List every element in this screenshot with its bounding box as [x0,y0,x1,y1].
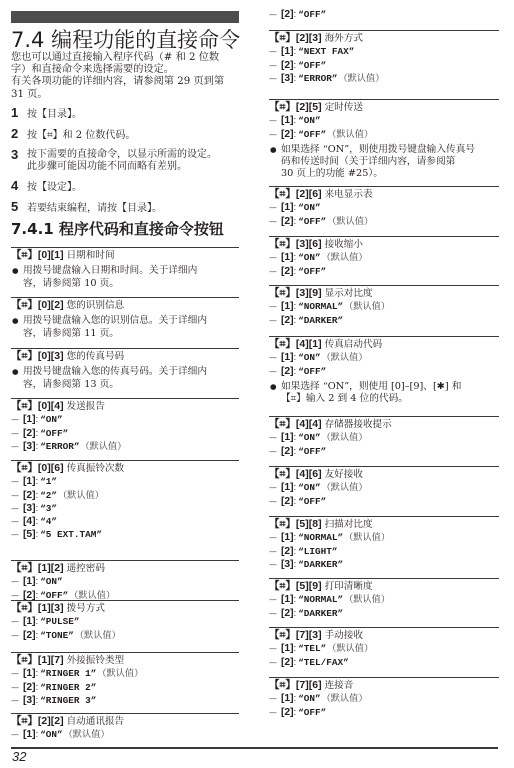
option-value: “OFF” [40,428,68,440]
default-label: （默认值） [339,73,385,85]
dash-marker: — [269,482,281,494]
option-row: —[1]:“ON” [269,201,499,214]
default-label: （默认值） [327,643,373,655]
option-row: —[1]:“ON” [11,575,239,588]
option-row: —[1]:“NORMAL”（默认值） [269,300,499,313]
option-row: —[2]:“OFF”（默认值） [269,128,499,141]
intro-line: 字）和直接命令来选择需要的设定。 [11,64,241,76]
default-label: （默认值） [81,441,127,453]
note-line: 如果选择 “ON”，则使用拨号键盘输入传真号 [281,144,499,156]
option-value: “ON” [298,432,321,444]
command-title: 【⌗】[5][9]打印清晰度 [269,580,499,593]
option-value: “NORMAL” [298,301,343,313]
command-title: 【⌗】[3][9]显示对比度 [269,287,499,300]
step-number: 3 [11,149,27,161]
option-colon: : [294,607,297,619]
option-row: —[3]:“DARKER” [269,558,499,571]
option-row: —[4]:“4” [11,515,239,528]
note-line: 30 页上的功能 #25）。 [281,168,499,180]
option-value: “TONE” [40,630,74,642]
option-colon: : [36,615,39,627]
command-name: 您的识别信息 [67,300,125,311]
option-row: —[2]:“OFF” [11,427,239,440]
dash-marker: — [269,532,281,544]
option-row: —[2]:“OFF” [269,495,499,508]
step-subnote: 此步骤可能因功能不同而略有差别。 [27,161,217,173]
dash-marker: — [269,73,281,85]
option-colon: : [294,8,297,20]
option-key: [2] [281,129,294,141]
option-value: “DARKER” [298,559,343,571]
command-code: 【⌗】[1][7] [11,654,64,666]
default-label: （默认值） [75,630,121,642]
option-row: —[2]:“LIGHT” [269,545,499,558]
option-row: —[2]:“OFF” [269,445,499,458]
command-title: 【⌗】[0][2]您的识别信息 [11,299,239,312]
intro-paragraph: 您也可以通过直接输入程序代码（# 和 2 位数 字）和直接命令来选择需要的设定。… [11,52,241,101]
option-key: [2] [281,216,294,228]
command-note: 用拨号键盘输入您的传真号码。关于详细内容，请参阅第 13 页。 [11,366,239,390]
command-code: 【⌗】[0][2] [11,299,64,311]
step-text: 按下需要的直接命令，以显示所需的设定。 [27,149,217,161]
option-value: “ON” [298,252,321,264]
option-row: —[2]:“OFF” [269,365,499,378]
option-colon: : [36,728,39,740]
dash-marker: — [11,529,23,541]
option-value: “ON” [40,576,63,588]
command-title: 【⌗】[7][6]连接音 [269,679,499,692]
option-colon: : [36,489,39,501]
option-value: “OFF” [298,496,326,508]
option-key: [2] [281,366,294,378]
command-name: 连接音 [325,680,354,691]
dash-marker: — [269,559,281,571]
dash-marker: — [269,594,281,606]
option-colon: : [36,475,39,487]
option-key: [2] [281,546,294,558]
option-colon: : [294,558,297,570]
command-section: 【⌗】[7][6]连接音—[1]:“ON”（默认值）—[2]:“OFF” [269,677,499,719]
option-value: “OFF” [298,60,326,72]
option-colon: : [294,445,297,457]
dash-marker: — [269,366,281,378]
option-row: —[2]:“OFF” [269,265,499,278]
command-title: 【⌗】[2][3]海外方式 [269,32,499,45]
command-code: 【⌗】[7][6] [269,679,322,691]
command-code: 【⌗】[4][6] [269,468,322,480]
option-colon: : [36,427,39,439]
option-row: —[2]:“RINGER 2” [11,681,239,694]
option-value: “LIGHT” [298,546,337,558]
command-title: 【⌗】[2][2]自动通讯报告 [11,715,239,728]
dash-marker: — [11,414,23,426]
dash-marker: — [11,428,23,440]
note-line: 容，请参阅第 11 页。 [23,328,239,340]
option-key: [2] [281,9,294,21]
command-section: 【⌗】[7][3]手动接收—[1]:“TEL”（默认值）—[2]:“TEL/FA… [269,627,499,669]
option-colon: : [36,413,39,425]
command-title: 【⌗】[1][7]外接振铃类型 [11,654,239,667]
command-code: 【⌗】[5][9] [269,580,322,592]
option-row: —[2]:“DARKER” [269,607,499,620]
option-value: “OFF” [298,216,326,228]
option-value: “ON” [40,414,63,426]
option-value: “OFF” [298,266,326,278]
command-section: 【⌗】[2][6]来电显示表—[1]:“ON”—[2]:“OFF”（默认值） [269,186,499,228]
command-title: 【⌗】[0][1]日期和时间 [11,249,239,262]
intro-line: 有关各项功能的详细内容，请参阅第 29 页到第 [11,76,241,88]
option-value: “ON” [298,352,321,364]
command-note: 如果选择 “ON”，则使用拨号键盘输入传真号码和传送时间（关于详细内容，请参阅第… [269,144,499,181]
option-key: [2] [23,682,36,694]
dash-marker: — [269,546,281,558]
option-key: [3] [23,441,36,453]
option-row: —[1]:“ON”（默认值） [11,728,239,741]
option-key: [1] [281,432,294,444]
option-key: [1] [281,594,294,606]
command-section: 【⌗】[4][4]存储器接收提示—[1]:“ON”（默认值）—[2]:“OFF” [269,416,499,458]
option-colon: : [36,629,39,641]
command-section: 【⌗】[4][1]传真启动代码—[1]:“ON”（默认值）—[2]:“OFF”如… [269,336,499,405]
option-colon: : [294,265,297,277]
command-name: 打印清晰度 [325,581,373,592]
step-3: 3 按下需要的直接命令，以显示所需的设定。 此步骤可能因功能不同而略有差别。 [11,149,247,173]
option-key: [3] [281,559,294,571]
option-value: “5 EXT.TAM” [40,529,102,541]
option-row: —[1]:“ON” [269,114,499,127]
command-title: 【⌗】[4][6]友好接收 [269,468,499,481]
option-colon: : [36,528,39,540]
command-title: 【⌗】[5][8]扫描对比度 [269,518,499,531]
default-label: （默认值） [344,532,390,544]
option-value: “PULSE” [40,616,79,628]
option-row: —[2]:“OFF” [269,8,326,21]
dash-marker: — [269,643,281,655]
section-header-bar [11,11,239,23]
dash-marker: — [269,608,281,620]
option-value: “OFF” [298,9,326,21]
option-value: “RINGER 1” [40,668,96,680]
step-text: 按【⌗】和 2 位数代码。 [27,130,135,142]
command-name: 您的传真号码 [67,351,125,362]
option-row: —[2]:“OFF” [269,59,499,72]
step-text: 按【设定】。 [27,182,82,194]
option-value: “DARKER” [298,608,343,620]
option-colon: : [36,694,39,706]
command-title: 【⌗】[2][6]来电显示表 [269,188,499,201]
option-colon: : [294,545,297,557]
command-note: 如果选择 “ON”，则使用 [0]–[9]、[✱] 和【⌗】输入 2 到 4 位… [269,381,499,405]
option-colon: : [294,481,297,493]
option-colon: : [294,300,297,312]
command-section: 【⌗】[3][9]显示对比度—[1]:“NORMAL”（默认值）—[2]:“DA… [269,285,499,327]
option-colon: : [36,667,39,679]
option-colon: : [36,589,39,601]
dash-marker: — [11,729,23,741]
option-key: [2] [281,608,294,620]
note-line: 码和传送时间（关于详细内容，请参阅第 [281,156,499,168]
option-key: [1] [23,576,36,588]
command-section: 【⌗】[0][2]您的识别信息用拨号键盘输入您的识别信息。关于详细内容，请参阅第… [11,297,239,340]
option-key: [2] [281,60,294,72]
command-name: 手动接收 [325,630,363,641]
command-title: 【⌗】[0][4]发送报告 [11,400,239,413]
dash-marker: — [269,693,281,705]
option-row: —[2]:“2”（默认值） [11,489,239,502]
option-key: [2] [23,490,36,502]
option-colon: : [294,642,297,654]
option-row: —[3]:“ERROR”（默认值） [11,440,239,453]
option-value: “DARKER” [298,315,343,327]
option-key: [1] [281,693,294,705]
option-colon: : [294,45,297,57]
command-code: 【⌗】[2][6] [269,188,322,200]
default-label: （默认值） [322,482,368,494]
option-colon: : [294,201,297,213]
default-label: （默认值） [322,432,368,444]
command-section: 【⌗】[2][3]海外方式—[1]:“NEXT FAX”—[2]:“OFF”—[… [269,30,499,85]
default-label: （默认值） [322,352,368,364]
option-key: [2] [23,630,36,642]
option-row: —[3]:“RINGER 3” [11,694,239,707]
option-row: —[1]:“NEXT FAX” [269,45,499,58]
option-row: —[1]:“RINGER 1”（默认值） [11,667,239,680]
note-line: 容，请参阅第 10 页。 [23,278,239,290]
option-value: “TEL/FAX” [298,657,349,669]
option-colon: : [294,706,297,718]
option-colon: : [294,593,297,605]
option-key: [5] [23,529,36,541]
option-row: —[2]:“TEL/FAX” [269,656,499,669]
default-label: （默认值） [322,252,368,264]
command-code: 【⌗】[1][2] [11,562,64,574]
option-key: [2] [281,657,294,669]
dash-marker: — [11,682,23,694]
option-colon: : [294,351,297,363]
option-key: [4] [23,516,36,528]
dash-marker: — [269,202,281,214]
command-code: 【⌗】[3][9] [269,287,322,299]
dash-marker: — [269,46,281,58]
dash-marker: — [269,657,281,669]
option-colon: : [36,502,39,514]
option-row: —[1]:“ON”（默认值） [269,251,499,264]
option-key: [1] [281,352,294,364]
command-name: 遥控密码 [67,563,105,574]
option-value: “NEXT FAX” [298,46,354,58]
command-section: 【⌗】[1][3]拨号方式—[1]:“PULSE”—[2]:“TONE”（默认值… [11,600,239,642]
option-key: [2] [281,266,294,278]
option-row: —[2]:“OFF”（默认值） [269,215,499,228]
option-row: —[1]:“ON”（默认值） [269,692,499,705]
command-code: 【⌗】[0][1] [11,249,64,261]
option-row: —[1]:“NORMAL”（默认值） [269,531,499,544]
dash-marker: — [269,432,281,444]
command-title: 【⌗】[4][1]传真启动代码 [269,338,499,351]
step-text: 若要结束编程，请按【目录】。 [27,203,162,215]
command-name: 日期和时间 [67,250,115,261]
option-colon: : [36,681,39,693]
option-key: [1] [23,616,36,628]
command-code: 【⌗】[1][3] [11,602,64,614]
note-line: 用拨号键盘输入您的识别信息。关于详细内 [23,315,239,327]
dash-marker: — [269,216,281,228]
option-colon: : [294,495,297,507]
option-value: “OFF” [298,366,326,378]
command-title: 【⌗】[1][3]拨号方式 [11,602,239,615]
option-key: [1] [281,202,294,214]
command-section: 【⌗】[5][8]扫描对比度—[1]:“NORMAL”（默认值）—[2]:“LI… [269,516,499,571]
option-key: [3] [281,73,294,85]
option-row: —[5]:“5 EXT.TAM” [11,528,239,541]
footer-divider [11,747,498,749]
option-row: —[2]:“OFF” [269,706,499,719]
subsection-title: 7.4.1 程序代码和直接命令按钮 [11,219,224,239]
dash-marker: — [269,446,281,458]
default-label: （默认值） [344,594,390,606]
option-value: “NORMAL” [298,532,343,544]
note-line: 【⌗】输入 2 到 4 位的代码。 [281,393,499,405]
option-colon: : [36,515,39,527]
step-5: 5 若要结束编程，请按【目录】。 [11,201,247,215]
option-value: “ON” [298,482,321,494]
option-key: [2] [281,707,294,719]
command-section: 【⌗】[0][3]您的传真号码用拨号键盘输入您的传真号码。关于详细内容，请参阅第… [11,348,239,391]
note-line: 用拨号键盘输入您的传真号码。关于详细内 [23,366,239,378]
option-key: [1] [23,729,36,741]
dash-marker: — [269,60,281,72]
option-value: “ON” [298,202,321,214]
option-value: “RINGER 2” [40,682,96,694]
option-key: [3] [23,695,36,707]
command-name: 拨号方式 [67,603,105,614]
continued-options: —[2]:“OFF” [269,8,326,21]
command-title: 【⌗】[3][6]接收缩小 [269,238,499,251]
option-key: [1] [23,414,36,426]
command-section: 【⌗】[2][2]自动通讯报告—[1]:“ON”（默认值） [11,713,239,742]
option-colon: : [294,656,297,668]
command-name: 接收缩小 [325,239,363,250]
command-title: 【⌗】[7][3]手动接收 [269,629,499,642]
command-code: 【⌗】[2][5] [269,101,322,113]
option-value: “2” [40,490,57,502]
dash-marker: — [11,616,23,628]
dash-marker: — [11,576,23,588]
option-colon: : [36,440,39,452]
option-value: “OFF” [298,446,326,458]
option-row: —[1]:“ON”（默认值） [269,351,499,364]
option-key: [2] [281,446,294,458]
option-colon: : [36,575,39,587]
option-value: “OFF” [298,129,326,141]
option-value: “ON” [298,693,321,705]
option-row: —[1]:“ON”（默认值） [269,431,499,444]
command-name: 扫描对比度 [325,519,373,530]
intro-line: 您也可以通过直接输入程序代码（# 和 2 位数 [11,52,241,64]
option-key: [1] [281,252,294,264]
dash-marker: — [269,9,281,21]
option-row: —[1]:“TEL”（默认值） [269,642,499,655]
option-colon: : [294,59,297,71]
steps-list: 1 按【目录】。 2 按【⌗】和 2 位数代码。 3 按下需要的直接命令，以显示… [11,107,247,222]
command-section: 【⌗】[4][6]友好接收—[1]:“ON”（默认值）—[2]:“OFF” [269,466,499,508]
option-key: [1] [281,301,294,313]
step-text: 按【目录】。 [27,109,82,121]
intro-line: 31 页。 [11,89,241,101]
option-key: [3] [23,503,36,515]
command-name: 自动通讯报告 [67,716,125,727]
command-code: 【⌗】[0][4] [11,400,64,412]
option-key: [2] [281,496,294,508]
option-colon: : [294,531,297,543]
command-name: 传真振铃次数 [67,463,125,474]
note-line: 如果选择 “ON”，则使用 [0]–[9]、[✱] 和 [281,381,499,393]
command-name: 海外方式 [325,33,363,44]
command-name: 显示对比度 [325,288,373,299]
dash-marker: — [269,129,281,141]
option-key: [1] [281,115,294,127]
command-note: 用拨号键盘输入日期和时间。关于详细内容，请参阅第 10 页。 [11,265,239,289]
option-value: “NORMAL” [298,594,343,606]
option-colon: : [294,365,297,377]
option-row: —[1]:“ON”（默认值） [269,481,499,494]
option-colon: : [294,72,297,84]
dash-marker: — [269,496,281,508]
command-name: 外接振铃类型 [67,655,125,666]
page-number: 32 [12,749,26,765]
option-value: “OFF” [298,707,326,719]
step-number: 5 [11,201,27,213]
command-section: 【⌗】[0][1]日期和时间用拨号键盘输入日期和时间。关于详细内容，请参阅第 1… [11,247,239,290]
default-label: （默认值） [322,693,368,705]
step-number: 1 [11,107,27,119]
command-title: 【⌗】[4][4]存储器接收提示 [269,418,499,431]
option-value: “1” [40,476,57,488]
command-code: 【⌗】[2][3] [269,32,322,44]
step-number: 4 [11,180,27,192]
step-2: 2 按【⌗】和 2 位数代码。 [11,128,247,142]
dash-marker: — [269,115,281,127]
option-key: [2] [23,428,36,440]
option-row: —[1]:“PULSE” [11,615,239,628]
command-code: 【⌗】[4][4] [269,418,322,430]
option-row: —[1]:“ON” [11,413,239,426]
command-section: 【⌗】[3][6]接收缩小—[1]:“ON”（默认值）—[2]:“OFF” [269,236,499,278]
option-value: “ERROR” [298,73,337,85]
command-code: 【⌗】[5][8] [269,518,322,530]
default-label: （默认值） [64,729,110,741]
dash-marker: — [11,441,23,453]
command-note: 用拨号键盘输入您的识别信息。关于详细内容，请参阅第 11 页。 [11,315,239,339]
step-4: 4 按【设定】。 [11,180,247,194]
note-line: 用拨号键盘输入日期和时间。关于详细内 [23,265,239,277]
option-key: [2] [281,315,294,327]
step-1: 1 按【目录】。 [11,107,247,121]
dash-marker: — [269,266,281,278]
command-name: 友好接收 [325,469,363,480]
option-value: “ON” [40,729,63,741]
command-title: 【⌗】[0][3]您的传真号码 [11,350,239,363]
option-colon: : [294,314,297,326]
command-code: 【⌗】[4][1] [269,338,322,350]
dash-marker: — [269,352,281,364]
command-section: 【⌗】[1][2]遥控密码—[1]:“ON”—[2]:“OFF”（默认值） [11,560,239,602]
option-colon: : [294,114,297,126]
dash-marker: — [11,503,23,515]
option-colon: : [294,215,297,227]
dash-marker: — [11,490,23,502]
option-colon: : [294,431,297,443]
